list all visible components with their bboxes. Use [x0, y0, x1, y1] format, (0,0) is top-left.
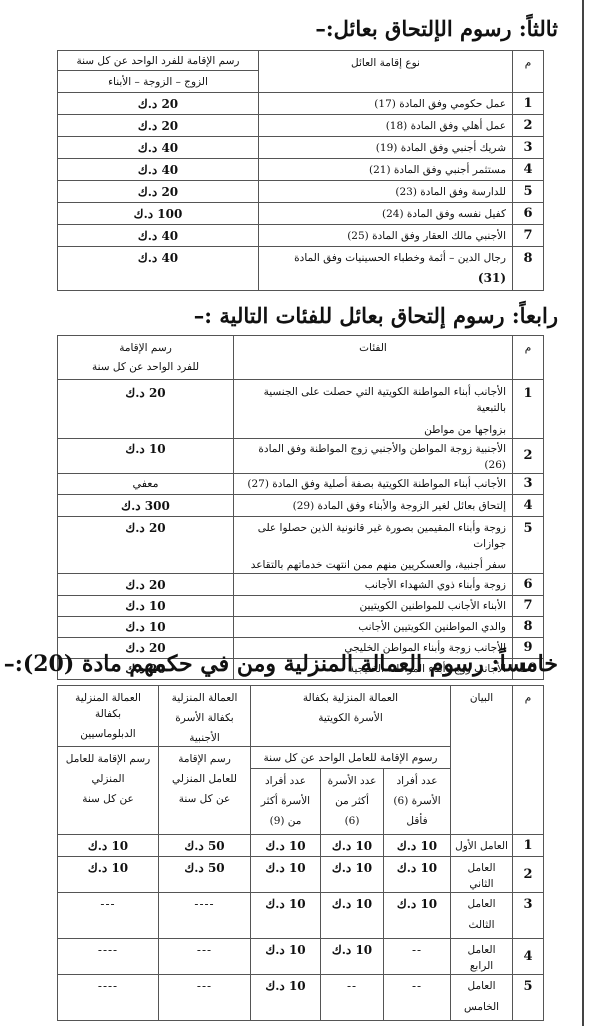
table-row: 4 مستثمر أجنبي وفق المادة (21) 40 د.ك — [58, 159, 544, 181]
row-num: 4 — [513, 939, 544, 975]
section5-title: خامساً: رسوم العمالة المنزلية ومن في حكم… — [4, 651, 558, 677]
row-fee-foreign: 50 د.ك — [159, 835, 251, 857]
header-line: الأسرة (6) — [388, 793, 446, 809]
header-foreign-fee: رسم الإقامة للعامل المنزلي عن كل سنة — [159, 747, 251, 835]
row-category: زوجة وأبناء ذوي الشهداء الأجانب — [234, 574, 513, 596]
row-type-line: رجال الدين – أئمة وخطباء الحسينيات وفق ا… — [263, 250, 506, 266]
header-num: م — [513, 336, 544, 380]
row-category: الأجانب أبناء المواطنة الكويتية بصفة أصل… — [234, 474, 513, 495]
page-border-line — [582, 0, 584, 1026]
row-num: 6 — [513, 203, 544, 225]
header-line: العمالة المنزلية — [163, 690, 246, 706]
section3-title: ثالثاً: رسوم الإلتحاق بعائل:– — [315, 16, 558, 41]
header-line: فأقل — [388, 813, 446, 829]
row-fee-foreign: 50 د.ك — [159, 857, 251, 893]
table-row: 2 العامل الثاني 10 د.ك 10 د.ك 10 د.ك 50 … — [58, 857, 544, 893]
row-fee-more-9: 10 د.ك — [251, 975, 321, 1021]
header-line: رسم الإقامة للعامل — [62, 751, 154, 767]
table-row: 1 العامل الأول 10 د.ك 10 د.ك 10 د.ك 50 د… — [58, 835, 544, 857]
row-fee-more-9: 10 د.ك — [251, 857, 321, 893]
header-family-6-or-less: عدد أفراد الأسرة (6) فأقل — [384, 769, 451, 835]
header-line: بكفالة الأسرة — [163, 710, 246, 726]
row-fee-6-or-less: -- — [384, 975, 451, 1021]
header-kuwaiti-subtitle: رسوم الإقامة للعامل الواحد عن كل سنة — [251, 747, 451, 769]
table-row: 6 كفيل نفسه وفق المادة (24) 100 د.ك — [58, 203, 544, 225]
header-line: عدد أفراد — [255, 773, 316, 789]
table-row: 2 الأجنبية زوجة المواطن والأجنبي زوج الم… — [58, 439, 544, 474]
row-type: رجال الدين – أئمة وخطباء الحسينيات وفق ا… — [259, 247, 513, 291]
row-fee: 300 د.ك — [58, 495, 234, 517]
row-fee: 20 د.ك — [58, 574, 234, 596]
row-num: 2 — [513, 439, 544, 474]
row-category: والدي المواطنين الكويتيين الأجانب — [234, 617, 513, 638]
header-line: عدد أفراد — [388, 773, 446, 789]
row-fee: 100 د.ك — [58, 203, 259, 225]
row-label: العامل الثالث — [451, 893, 513, 939]
table-row: 4 إلتحاق بعائل لغير الزوجة والأبناء وفق … — [58, 495, 544, 517]
row-fee-more-6: 10 د.ك — [321, 835, 384, 857]
header-type: نوع إقامة العائل — [259, 51, 513, 93]
table-row: 7 الأبناء الأجانب للمواطنين الكويتيين 10… — [58, 596, 544, 617]
header-diplomats: العمالة المنزلية بكفالة الدبلوماسيين — [58, 686, 159, 747]
row-num: 8 — [513, 247, 544, 291]
section4-table: م الفئات رسم الإقامة للفرد الواحد عن كل … — [57, 335, 544, 680]
row-label-line: الخامس — [455, 999, 508, 1015]
row-category-line: بزواجها من مواطن — [238, 422, 506, 438]
header-fee-line: للفرد الواحد عن كل سنة — [62, 359, 229, 375]
row-fee-foreign: --- — [159, 975, 251, 1021]
header-num: م — [513, 686, 544, 835]
row-num: 3 — [513, 474, 544, 495]
table-row: 8 والدي المواطنين الكويتيين الأجانب 10 د… — [58, 617, 544, 638]
header-fee: رسم الإقامة للفرد الواحد عن كل سنة — [58, 336, 234, 380]
row-num: 4 — [513, 495, 544, 517]
row-fee: 40 د.ك — [58, 247, 259, 291]
header-line: عن كل سنة — [163, 791, 246, 807]
header-line: الأسرة أكثر — [255, 793, 316, 809]
row-fee-diplomat: ---- — [58, 975, 159, 1021]
row-fee-more-9: 10 د.ك — [251, 893, 321, 939]
header-diplomat-fee: رسم الإقامة للعامل المنزلي عن كل سنة — [58, 747, 159, 835]
header-kuwaiti-family: العمالة المنزلية بكفالة الأسرة الكويتية — [251, 686, 451, 747]
row-fee: 20 د.ك — [58, 380, 234, 439]
row-num: 5 — [513, 181, 544, 203]
section4-header-row: م الفئات رسم الإقامة للفرد الواحد عن كل … — [58, 336, 544, 380]
header-family-more-than-6: عدد الأسرة أكثر من (6) — [321, 769, 384, 835]
header-line: الأسرة الكويتية — [255, 710, 446, 726]
header-fee-line: رسم الإقامة — [62, 340, 229, 356]
section3-header-row: م نوع إقامة العائل رسم الإقامة للفرد الو… — [58, 51, 544, 71]
row-label-line: العامل — [455, 978, 508, 994]
row-type: عمل أهلي وفق المادة (18) — [259, 115, 513, 137]
row-fee: 10 د.ك — [58, 439, 234, 474]
row-fee: 20 د.ك — [58, 181, 259, 203]
row-fee-more-6: 10 د.ك — [321, 893, 384, 939]
row-fee-6-or-less: -- — [384, 939, 451, 975]
row-fee: معفي — [58, 474, 234, 495]
header-line: رسم الإقامة — [163, 751, 246, 767]
row-num: 7 — [513, 596, 544, 617]
header-foreign-family: العمالة المنزلية بكفالة الأسرة الأجنبية — [159, 686, 251, 747]
header-fee: رسم الإقامة للفرد الواحد عن كل سنة — [58, 51, 259, 71]
row-type: شريك أجنبي وفق المادة (19) — [259, 137, 513, 159]
table-row: 5 للدارسة وفق المادة (23) 20 د.ك — [58, 181, 544, 203]
header-category: الفئات — [234, 336, 513, 380]
row-fee: 10 د.ك — [58, 596, 234, 617]
row-category: إلتحاق بعائل لغير الزوجة والأبناء وفق ال… — [234, 495, 513, 517]
table-row: 6 زوجة وأبناء ذوي الشهداء الأجانب 20 د.ك — [58, 574, 544, 596]
row-num: 1 — [513, 835, 544, 857]
row-type-line: (31) — [263, 270, 506, 286]
row-fee-6-or-less: 10 د.ك — [384, 857, 451, 893]
header-line: الدبلوماسيين — [62, 726, 154, 742]
row-fee-more-9: 10 د.ك — [251, 939, 321, 975]
row-category: الأبناء الأجانب للمواطنين الكويتيين — [234, 596, 513, 617]
row-fee-foreign: ---- — [159, 893, 251, 939]
row-num: 2 — [513, 857, 544, 893]
row-num: 1 — [513, 93, 544, 115]
row-type: كفيل نفسه وفق المادة (24) — [259, 203, 513, 225]
row-num: 7 — [513, 225, 544, 247]
row-fee: 20 د.ك — [58, 115, 259, 137]
header-fee-subtitle: الزوج – الزوجة – الأبناء — [58, 71, 259, 93]
row-fee: 40 د.ك — [58, 225, 259, 247]
row-fee-more-6: -- — [321, 975, 384, 1021]
row-fee-more-9: 10 د.ك — [251, 835, 321, 857]
section5-header-row: م البيان العمالة المنزلية بكفالة الأسرة … — [58, 686, 544, 747]
table-row: 2 عمل أهلي وفق المادة (18) 20 د.ك — [58, 115, 544, 137]
row-num: 4 — [513, 159, 544, 181]
row-category: الأجانب أبناء المواطنة الكويتية التي حصل… — [234, 380, 513, 439]
row-fee-foreign: --- — [159, 939, 251, 975]
row-type: للدارسة وفق المادة (23) — [259, 181, 513, 203]
table-row: 5 زوجة وأبناء المقيمين بصورة غير قانونية… — [58, 517, 544, 574]
row-num: 3 — [513, 893, 544, 939]
row-fee-6-or-less: 10 د.ك — [384, 893, 451, 939]
header-line: من (9) — [255, 813, 316, 829]
header-line: الأجنبية — [163, 730, 246, 746]
row-fee-more-6: 10 د.ك — [321, 857, 384, 893]
section4-title: رابعاً: رسوم إلتحاق بعائل للفئات التالية… — [194, 303, 558, 328]
row-fee-diplomat: 10 د.ك — [58, 857, 159, 893]
table-row: 8 رجال الدين – أئمة وخطباء الحسينيات وفق… — [58, 247, 544, 291]
row-fee: 10 د.ك — [58, 617, 234, 638]
header-family-more-than-9: عدد أفراد الأسرة أكثر من (9) — [251, 769, 321, 835]
table-row: 1 الأجانب أبناء المواطنة الكويتية التي ح… — [58, 380, 544, 439]
row-num: 8 — [513, 617, 544, 638]
header-num: م — [513, 51, 544, 93]
row-category: الأجنبية زوجة المواطن والأجنبي زوج الموا… — [234, 439, 513, 474]
row-label: العامل الثاني — [451, 857, 513, 893]
row-fee-diplomat: --- — [58, 893, 159, 939]
table-row: 3 الأجانب أبناء المواطنة الكويتية بصفة أ… — [58, 474, 544, 495]
header-line: للعامل المنزلي — [163, 771, 246, 787]
row-type: عمل حكومي وفق المادة (17) — [259, 93, 513, 115]
row-label: العامل الرابع — [451, 939, 513, 975]
row-label: العامل الأول — [451, 835, 513, 857]
row-num: 5 — [513, 517, 544, 574]
header-line: العمالة المنزلية بكفالة — [255, 690, 446, 706]
header-line: المنزلي — [62, 771, 154, 787]
header-line: (6) — [325, 813, 379, 829]
header-line: العمالة المنزلية بكفالة — [62, 690, 154, 722]
row-fee-more-6: 10 د.ك — [321, 939, 384, 975]
table-row: 1 عمل حكومي وفق المادة (17) 20 د.ك — [58, 93, 544, 115]
table-row: 4 العامل الرابع -- 10 د.ك 10 د.ك --- ---… — [58, 939, 544, 975]
row-category-line: الأجانب أبناء المواطنة الكويتية التي حصل… — [238, 384, 506, 416]
row-num: 5 — [513, 975, 544, 1021]
header-line: أكثر من — [325, 793, 379, 809]
row-fee-diplomat: ---- — [58, 939, 159, 975]
row-num: 6 — [513, 574, 544, 596]
row-fee: 20 د.ك — [58, 517, 234, 574]
row-type: مستثمر أجنبي وفق المادة (21) — [259, 159, 513, 181]
header-statement: البيان — [451, 686, 513, 835]
row-category: زوجة وأبناء المقيمين بصورة غير قانونية ا… — [234, 517, 513, 574]
row-num: 1 — [513, 380, 544, 439]
row-category-line: سفر أجنبية، والعسكريين منهم ممن انتهت خد… — [238, 557, 506, 573]
row-num: 2 — [513, 115, 544, 137]
row-fee: 40 د.ك — [58, 137, 259, 159]
row-label-line: الثالث — [455, 917, 508, 933]
row-type: الأجنبي مالك العقار وفق المادة (25) — [259, 225, 513, 247]
table-row: 3 شريك أجنبي وفق المادة (19) 40 د.ك — [58, 137, 544, 159]
row-category-line: زوجة وأبناء المقيمين بصورة غير قانونية ا… — [238, 520, 506, 552]
header-line: عدد الأسرة — [325, 773, 379, 789]
section3-table: م نوع إقامة العائل رسم الإقامة للفرد الو… — [57, 50, 544, 291]
table-row: 3 العامل الثالث 10 د.ك 10 د.ك 10 د.ك ---… — [58, 893, 544, 939]
section5-table: م البيان العمالة المنزلية بكفالة الأسرة … — [57, 685, 544, 1021]
row-fee: 20 د.ك — [58, 93, 259, 115]
row-fee-6-or-less: 10 د.ك — [384, 835, 451, 857]
row-fee-diplomat: 10 د.ك — [58, 835, 159, 857]
row-label-line: العامل — [455, 896, 508, 912]
table-row: 5 العامل الخامس -- -- 10 د.ك --- ---- — [58, 975, 544, 1021]
row-num: 3 — [513, 137, 544, 159]
row-fee: 40 د.ك — [58, 159, 259, 181]
header-line: عن كل سنة — [62, 791, 154, 807]
row-label: العامل الخامس — [451, 975, 513, 1021]
table-row: 7 الأجنبي مالك العقار وفق المادة (25) 40… — [58, 225, 544, 247]
